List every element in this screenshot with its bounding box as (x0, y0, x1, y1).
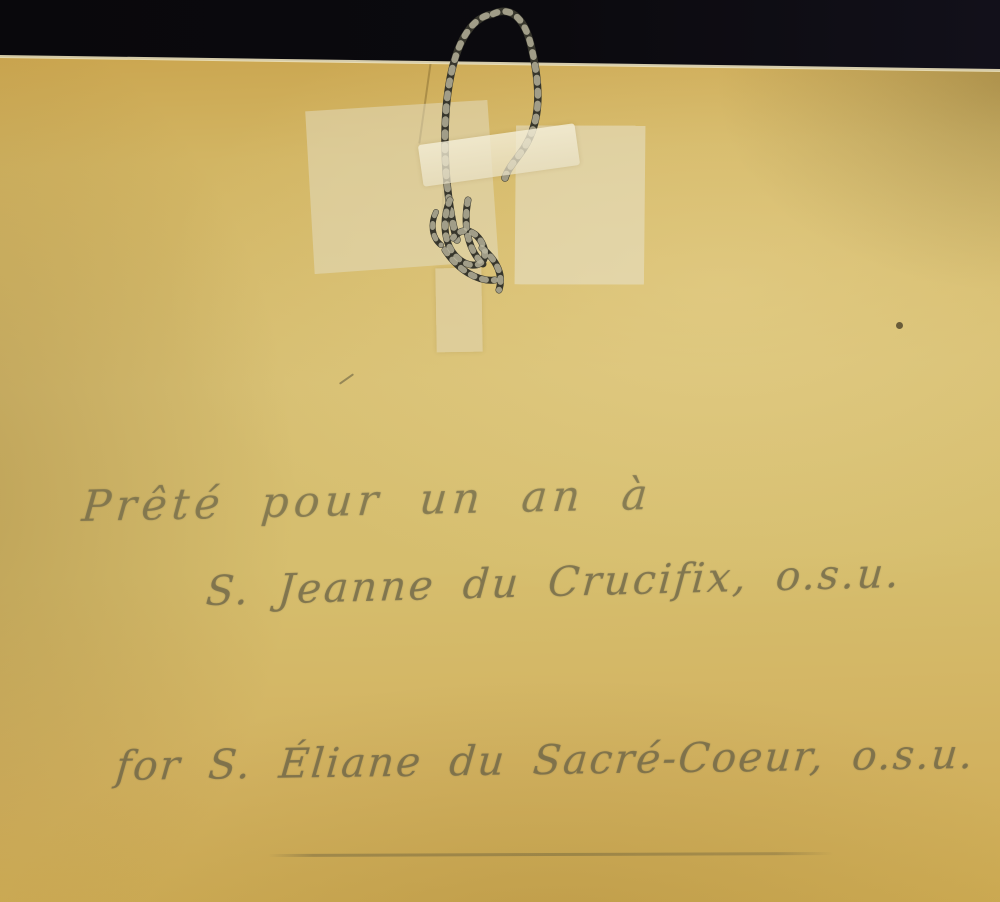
dark-speck (896, 322, 903, 329)
pencil-line (268, 852, 833, 857)
handwriting-line-1: Prêté pour un an à (80, 470, 654, 532)
photograph: Prêté pour un an à S. Jeanne du Crucifix… (0, 0, 1000, 902)
masking-tape-left (303, 100, 499, 275)
handwriting-line-2: S. Jeanne du Crucifix, o.s.u. (204, 549, 903, 615)
handwriting-line-3: for S. Éliane du Sacré-Coeur, o.s.u. (114, 730, 977, 790)
masking-tape-tail (435, 268, 482, 353)
pencil-tick-mark (339, 373, 354, 384)
